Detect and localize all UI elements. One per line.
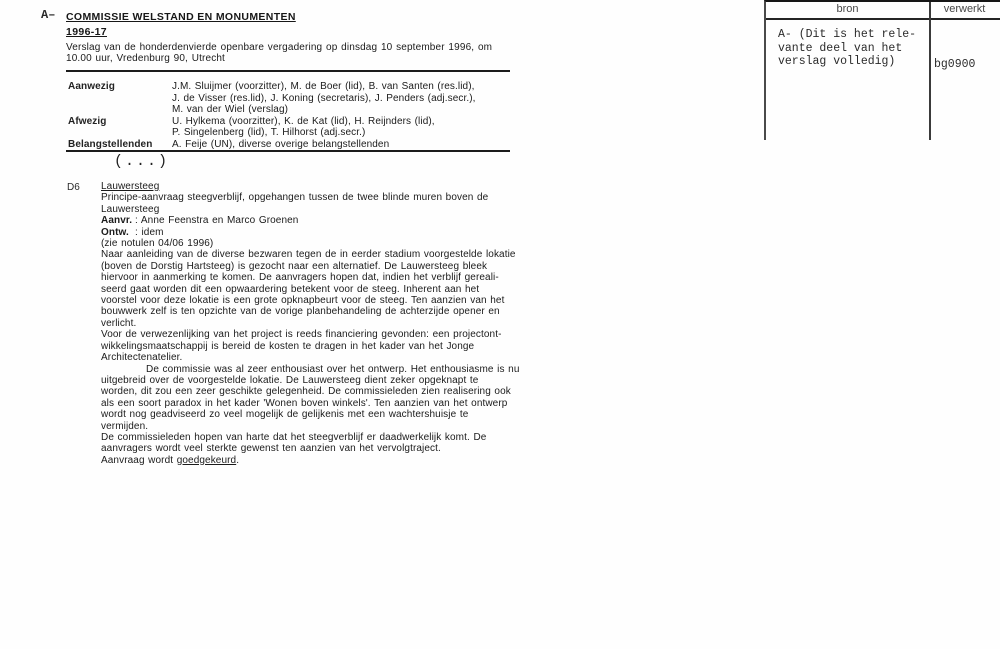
decision-line: Aanvraag wordt goedgekeurd. <box>101 455 525 466</box>
attendance-label: Aanwezig <box>68 81 172 116</box>
attendance-name-line: U. Hylkema (voorzitter), K. de Kat (lid)… <box>172 116 518 128</box>
body-line: worden, dit zou een zeer geschikte geleg… <box>101 386 525 397</box>
attendance-name-line: J.M. Sluijmer (voorzitter), M. de Boer (… <box>172 81 518 93</box>
body-line: wordt nog geadviseerd zo veel mogelijk d… <box>101 409 525 420</box>
agenda-description-line: Lauwersteeg <box>101 204 525 215</box>
decision-suffix: . <box>236 455 239 466</box>
designer-line: Ontw.: idem <box>101 227 525 238</box>
agenda-description-line: Principe-aanvraag steegverblijf, opgehan… <box>101 192 525 203</box>
attendance-names: A. Feije (UN), diverse overige belangste… <box>172 139 518 151</box>
attendance-names: J.M. Sluijmer (voorzitter), M. de Boer (… <box>172 81 518 116</box>
body-line: bouwwerk zelf is ten opzichte van de vor… <box>101 306 525 317</box>
document-number: 1996-17 <box>66 26 516 38</box>
attendance-row: Aanwezig J.M. Sluijmer (voorzitter), M. … <box>68 81 518 116</box>
attendance-name-line: P. Singelenberg (lid), T. Hilhorst (adj.… <box>172 127 518 139</box>
applicant-value: : Anne Feenstra en Marco Groenen <box>135 215 298 226</box>
margin-annotation-mark: A– <box>41 8 55 22</box>
typewritten-bron-note: A- (Dit is het rele- vante deel van het … <box>778 28 916 69</box>
body-line: seerd gaat worden dit een opwaardering b… <box>101 284 525 295</box>
bron-note-line: verslag volledig) <box>778 55 916 69</box>
agenda-item-title: Lauwersteeg <box>101 181 525 192</box>
attendance-row: Belangstellenden A. Feije (UN), diverse … <box>68 139 518 151</box>
omitted-content-mark: (...) <box>114 153 169 170</box>
attendance-name-line: A. Feije (UN), diverse overige belangste… <box>172 139 518 151</box>
document-header: COMMISSIE WELSTAND EN MONUMENTEN 1996-17… <box>66 11 516 65</box>
document-subtitle: Verslag van de honderdenvierde openbare … <box>66 42 516 65</box>
body-line: vermijden. <box>101 421 525 432</box>
reference-table: bron verwerkt A- (Dit is het rele- vante… <box>764 0 1000 140</box>
body-line: De commissieleden hopen van harte dat he… <box>101 432 525 443</box>
body-line: Architectenatelier. <box>101 352 525 363</box>
minutes-reference-note: (zie notulen 04/06 1996) <box>101 238 525 249</box>
applicant-line: Aanvr.: Anne Feenstra en Marco Groenen <box>101 215 525 226</box>
agenda-item-content: Lauwersteeg Principe-aanvraag steegverbl… <box>101 181 525 466</box>
attendance-name-line: J. de Visser (res.lid), J. Koning (secre… <box>172 93 518 105</box>
subtitle-line: Verslag van de honderdenvierde openbare … <box>66 42 516 53</box>
agenda-item-code: D6 <box>67 182 80 193</box>
body-line: verlicht. <box>101 318 525 329</box>
verwerkt-code: bg0900 <box>934 58 975 71</box>
attendance-label: Belangstellenden <box>68 139 172 151</box>
attendance-row: Afwezig U. Hylkema (voorzitter), K. de K… <box>68 116 518 139</box>
attendance-list: Aanwezig J.M. Sluijmer (voorzitter), M. … <box>68 81 518 151</box>
body-line: voorstel voor deze lokatie is een grote … <box>101 295 525 306</box>
reference-table-divider <box>929 2 931 140</box>
body-line: De commissie was al zeer enthousiast ove… <box>101 364 525 375</box>
attendance-name-line: M. van der Wiel (verslag) <box>172 104 518 116</box>
body-line: aanvragers wordt veel sterkte gewenst te… <box>101 443 525 454</box>
horizontal-divider <box>66 70 510 72</box>
bron-column-header: bron <box>766 2 929 18</box>
decision-word: goedgekeurd <box>177 455 236 466</box>
body-line: Voor de verwezenlijking van het project … <box>101 329 525 340</box>
attendance-names: U. Hylkema (voorzitter), K. de Kat (lid)… <box>172 116 518 139</box>
horizontal-divider <box>66 150 510 152</box>
scanned-document-page: A– COMMISSIE WELSTAND EN MONUMENTEN 1996… <box>0 0 1000 649</box>
designer-value: : idem <box>135 227 164 238</box>
verwerkt-column-header: verwerkt <box>929 2 1000 18</box>
applicant-label: Aanvr. <box>101 215 135 226</box>
decision-prefix: Aanvraag wordt <box>101 455 177 466</box>
subtitle-line: 10.00 uur, Vredenburg 90, Utrecht <box>66 53 516 64</box>
body-line: hiervoor in aanmerking te komen. De aanv… <box>101 272 525 283</box>
attendance-label: Afwezig <box>68 116 172 139</box>
body-line: (boven de Dorstig Hartsteeg) is gezocht … <box>101 261 525 272</box>
body-line: uitgebreid over de voorgestelde lokatie.… <box>101 375 525 386</box>
bron-note-line: vante deel van het <box>778 42 916 56</box>
body-line: als een soort paradox in het kader 'Wone… <box>101 398 525 409</box>
bron-note-line: A- (Dit is het rele- <box>778 28 916 42</box>
reference-table-header: bron verwerkt <box>766 2 1000 20</box>
body-line: wikkelingsmaatschappij is bereid de kost… <box>101 341 525 352</box>
designer-label: Ontw. <box>101 227 135 238</box>
document-title: COMMISSIE WELSTAND EN MONUMENTEN <box>66 11 516 23</box>
body-line: Naar aanleiding van de diverse bezwaren … <box>101 249 525 260</box>
